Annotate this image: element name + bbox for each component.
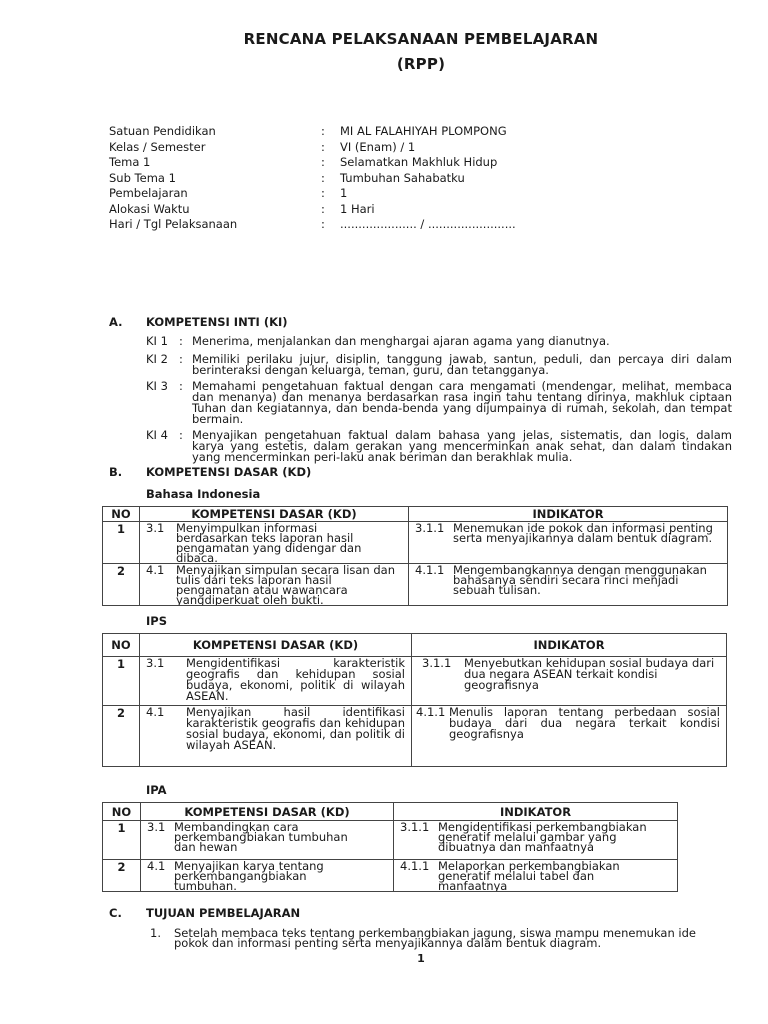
- ki-code: KI 3: [146, 381, 168, 392]
- cell-indikator: 4.1.1Menulis laporan tentang perbedaan s…: [412, 706, 727, 767]
- tujuan-number: 1.: [150, 928, 161, 938]
- cell-indikator: 3.1.1Menyebutkan kehidupan sosial budaya…: [412, 657, 727, 706]
- kd-number: 4.1: [146, 707, 164, 718]
- indikator-number: 4.1.1: [415, 565, 444, 575]
- cell-no: 1: [103, 657, 140, 706]
- table-header-row: NO KOMPETENSI DASAR (KD) INDIKATOR: [103, 634, 727, 657]
- indikator-text: Menemukan ide pokok dan informasi pentin…: [453, 522, 717, 543]
- section-letter: A.: [109, 315, 122, 329]
- kd-table-bahasa-indonesia: NO KOMPETENSI DASAR (KD) INDIKATOR 1 3.1…: [102, 506, 728, 606]
- ki-item: KI 4 : Menyajikan pengetahuan faktual da…: [146, 430, 732, 463]
- indikator-text: Mengembangkannya dengan menggunakan baha…: [453, 564, 717, 595]
- identity-colon: :: [321, 154, 325, 170]
- table-row: 1 3.1Membandingkan cara perkembangbiakan…: [103, 821, 678, 860]
- cell-indikator: 4.1.1Melaporkan perkembangbiakan generat…: [394, 860, 678, 892]
- section-title: TUJUAN PEMBELAJARAN: [146, 906, 300, 920]
- table-row: 2 4.1Menyajikan hasil identifikasi karak…: [103, 706, 727, 767]
- identity-colon: :: [321, 216, 325, 232]
- cell-kd: 4.1Menyajikan simpulan secara lisan dan …: [140, 564, 409, 606]
- cell-no: 2: [103, 860, 141, 892]
- table-row: 2 4.1Menyajikan karya tentang perkembang…: [103, 860, 678, 892]
- tujuan-text: Setelah membaca teks tentang perkembangb…: [174, 928, 732, 948]
- ki-text: Menerima, menjalankan dan menghargai aja…: [192, 336, 732, 347]
- kd-text: Mengidentifikasi karakteristik geografis…: [186, 657, 405, 702]
- header-kd: KOMPETENSI DASAR (KD): [140, 634, 412, 657]
- table-header-row: NO KOMPETENSI DASAR (KD) INDIKATOR: [103, 803, 678, 821]
- kd-number: 3.1: [146, 658, 164, 669]
- cell-indikator: 4.1.1Mengembangkannya dengan menggunakan…: [409, 564, 728, 606]
- identity-label: Pembelajaran: [109, 185, 188, 201]
- cell-no: 1: [103, 821, 141, 860]
- indikator-number: 3.1.1: [400, 822, 429, 832]
- ki-item: KI 3 : Memahami pengetahuan faktual deng…: [146, 381, 732, 425]
- cell-kd: 3.1Membandingkan cara perkembangbiakan t…: [141, 821, 394, 860]
- cell-indikator: 3.1.1Mengidentifikasi perkembangbiakan g…: [394, 821, 678, 860]
- ki-text: Memiliki perilaku jujur, disiplin, tangg…: [192, 354, 732, 376]
- header-no: NO: [103, 507, 140, 522]
- identity-label: Tema 1: [109, 154, 150, 170]
- ki-code: KI 1: [146, 336, 168, 347]
- ki-item: KI 1 : Menerima, menjalankan dan menghar…: [146, 336, 732, 347]
- identity-label: Kelas / Semester: [109, 139, 205, 155]
- identity-colon: :: [321, 170, 325, 186]
- table-row: 1 3.1Menyimpulkan informasi berdasarkan …: [103, 522, 728, 564]
- indikator-number: 3.1.1: [422, 658, 451, 669]
- header-kd: KOMPETENSI DASAR (KD): [140, 507, 409, 522]
- indikator-text: Menyebutkan kehidupan sosial budaya dari…: [464, 657, 716, 691]
- kd-table-ipa: NO KOMPETENSI DASAR (KD) INDIKATOR 1 3.1…: [102, 802, 678, 892]
- tujuan-item: 1. Setelah membaca teks tentang perkemba…: [150, 928, 732, 948]
- identity-value: VI (Enam) / 1: [340, 139, 415, 155]
- kd-text: Menyajikan simpulan secara lisan dan tul…: [176, 564, 400, 605]
- kd-table-ips: NO KOMPETENSI DASAR (KD) INDIKATOR 1 3.1…: [102, 633, 727, 767]
- kd-number: 4.1: [146, 565, 164, 575]
- ki-code: KI 2: [146, 354, 168, 365]
- page-number: 1: [0, 952, 768, 965]
- ki-item: KI 2 : Memiliki perilaku jujur, disiplin…: [146, 354, 732, 376]
- kd-number: 4.1: [147, 861, 165, 871]
- kd-number: 3.1: [147, 822, 165, 832]
- table-header-row: NO KOMPETENSI DASAR (KD) INDIKATOR: [103, 507, 728, 522]
- ki-colon: :: [179, 430, 183, 441]
- table-row: 1 3.1Mengidentifikasi karakteristik geog…: [103, 657, 727, 706]
- cell-no: 2: [103, 706, 140, 767]
- identity-value: 1: [340, 185, 347, 201]
- identity-label: Hari / Tgl Pelaksanaan: [109, 216, 237, 232]
- header-indikator: INDIKATOR: [394, 803, 678, 821]
- ki-code: KI 4: [146, 430, 168, 441]
- identity-label: Sub Tema 1: [109, 170, 176, 186]
- identity-value: 1 Hari: [340, 201, 375, 217]
- section-title: KOMPETENSI DASAR (KD): [146, 465, 311, 479]
- header-indikator: INDIKATOR: [409, 507, 728, 522]
- cell-kd: 3.1Mengidentifikasi karakteristik geogra…: [140, 657, 412, 706]
- section-title: KOMPETENSI INTI (KI): [146, 315, 288, 329]
- identity-colon: :: [321, 139, 325, 155]
- identity-value: Tumbuhan Sahabatku: [340, 170, 465, 186]
- header-no: NO: [103, 803, 141, 821]
- indikator-text: Mengidentifikasi perkembangbiakan genera…: [438, 821, 671, 852]
- cell-no: 1: [103, 522, 140, 564]
- identity-label: Alokasi Waktu: [109, 201, 190, 217]
- cell-kd: 3.1Menyimpulkan informasi berdasarkan te…: [140, 522, 409, 564]
- document-title: RENCANA PELAKSANAAN PEMBELAJARAN: [0, 30, 768, 48]
- kd-text: Menyimpulkan informasi berdasarkan teks …: [176, 522, 388, 563]
- header-indikator: INDIKATOR: [412, 634, 727, 657]
- kd-text: Membandingkan cara perkembangbiakan tumb…: [174, 821, 373, 852]
- indikator-number: 4.1.1: [400, 861, 429, 871]
- identity-value: ..................... / ................…: [340, 216, 516, 232]
- ki-text: Menyajikan pengetahuan faktual dalam bah…: [192, 430, 732, 463]
- ki-colon: :: [179, 381, 183, 392]
- identity-value: Selamatkan Makhluk Hidup: [340, 154, 497, 170]
- subject-heading: Bahasa Indonesia: [146, 487, 260, 501]
- identity-colon: :: [321, 185, 325, 201]
- header-kd: KOMPETENSI DASAR (KD): [141, 803, 394, 821]
- indikator-text: Melaporkan perkembangbiakan generatif me…: [438, 860, 657, 891]
- section-letter: B.: [109, 465, 122, 479]
- header-no: NO: [103, 634, 140, 657]
- cell-kd: 4.1Menyajikan hasil identifikasi karakte…: [140, 706, 412, 767]
- kd-text: Menyajikan hasil identifikasi karakteris…: [186, 706, 405, 751]
- kd-number: 3.1: [146, 523, 164, 533]
- ki-colon: :: [179, 336, 183, 347]
- document-subtitle: (RPP): [0, 55, 768, 73]
- subject-heading: IPS: [146, 614, 167, 628]
- cell-kd: 4.1Menyajikan karya tentang perkembangan…: [141, 860, 394, 892]
- identity-colon: :: [321, 201, 325, 217]
- indikator-number: 4.1.1: [416, 707, 445, 718]
- cell-no: 2: [103, 564, 140, 606]
- cell-indikator: 3.1.1Menemukan ide pokok dan informasi p…: [409, 522, 728, 564]
- identity-label: Satuan Pendidikan: [109, 123, 216, 139]
- identity-value: MI AL FALAHIYAH PLOMPONG: [340, 123, 507, 139]
- indikator-number: 3.1.1: [415, 523, 444, 533]
- identity-colon: :: [321, 123, 325, 139]
- indikator-text: Menulis laporan tentang perbedaan sosial…: [449, 706, 720, 740]
- subject-heading: IPA: [146, 783, 167, 797]
- table-row: 2 4.1Menyajikan simpulan secara lisan da…: [103, 564, 728, 606]
- ki-text: Memahami pengetahuan faktual dengan cara…: [192, 381, 732, 425]
- kd-text: Menyajikan karya tentang perkembangangbi…: [174, 860, 353, 891]
- section-letter: C.: [109, 906, 122, 920]
- ki-colon: :: [179, 354, 183, 365]
